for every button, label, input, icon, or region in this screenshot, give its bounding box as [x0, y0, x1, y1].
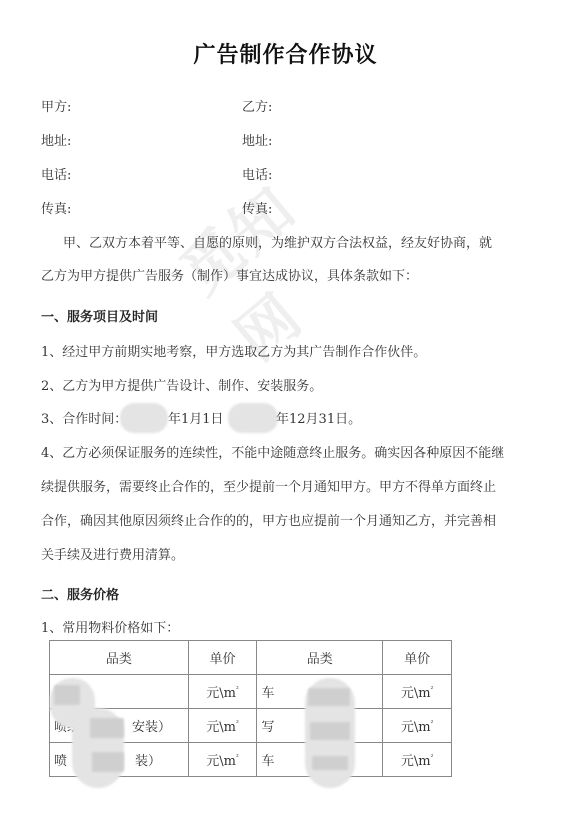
header-price-1: 单价 [188, 641, 257, 675]
section-1-item-4-line-1: 4、乙方必须保证服务的连续性，不能中途随意终止服务。确实因各种原因不能继 [41, 442, 504, 461]
section-1-item-2: 2、乙方为甲方提供广告设计、制作、安装服务。 [41, 375, 322, 394]
table-row: 元\m² 车板 元\m² [50, 675, 452, 709]
section-1-item-1: 1、经过甲方前期实地考察，甲方选取乙方为其广告制作合作伙伴。 [41, 341, 426, 360]
party-a-address-label: 地址: [41, 130, 71, 149]
header-price-2: 单价 [383, 641, 452, 675]
section-1-item-4-line-2: 续提供服务，需要终止合作的，至少提前一个月通知甲方。甲方不得单方面终止 [41, 476, 496, 495]
section-1-item-3-mid: 年1月1日 [168, 408, 224, 427]
contract-page: 觅知网 广告制作合作协议 甲方: 地址: 电话: 传真: 乙方: 地址: 电话:… [0, 0, 571, 820]
intro-line-2: 乙方为甲方提供广告服务（制作）事宜达成协议，具体条款如下： [41, 265, 418, 284]
party-b-phone-label: 电话: [242, 164, 272, 183]
party-b-fax-label: 传真: [242, 198, 272, 217]
redacted-cell [310, 722, 350, 740]
party-b-label: 乙方: [242, 96, 272, 115]
redacted-cell [308, 688, 350, 706]
section-1-item-3-end: 年12月31日。 [276, 408, 361, 427]
section-1-item-3-prefix: 3、合作时间： [41, 408, 127, 427]
redacted-cell [92, 752, 124, 772]
document-title: 广告制作合作协议 [0, 38, 571, 69]
party-a-phone-label: 电话: [41, 164, 71, 183]
section-1-item-4-line-4: 关手续及进行费用清算。 [41, 544, 184, 563]
section-2-heading: 二、服务价格 [41, 584, 119, 603]
price-cell: 元\m² [383, 743, 452, 777]
price-cell: 元\m² [383, 709, 452, 743]
header-category-2: 品类 [257, 641, 383, 675]
redacted-cell [90, 718, 124, 738]
price-cell: 元\m² [188, 743, 257, 777]
redacted-cell [54, 685, 80, 705]
price-cell: 元\m² [188, 675, 257, 709]
section-1-heading: 一、服务项目及时间 [41, 306, 158, 325]
redacted-year-2 [228, 403, 278, 433]
section-1-item-4-line-3: 合作，确因其他原因须终止合作的的，甲方也应提前一个月通知乙方，并完善相 [41, 510, 496, 529]
party-b-address-label: 地址: [242, 130, 272, 149]
table-header-row: 品类 单价 品类 单价 [50, 641, 452, 675]
section-2-item-1: 1、常用物料价格如下： [41, 617, 179, 636]
party-a-fax-label: 传真: [41, 198, 71, 217]
price-cell: 元\m² [383, 675, 452, 709]
redacted-year-1 [120, 403, 168, 433]
redacted-cell [312, 756, 348, 770]
intro-line-1: 甲、乙双方本着平等、自愿的原则，为维护双方合法权益，经友好协商，就 [63, 232, 492, 251]
price-cell: 元\m² [188, 709, 257, 743]
header-category-1: 品类 [50, 641, 189, 675]
party-a-label: 甲方: [41, 96, 71, 115]
